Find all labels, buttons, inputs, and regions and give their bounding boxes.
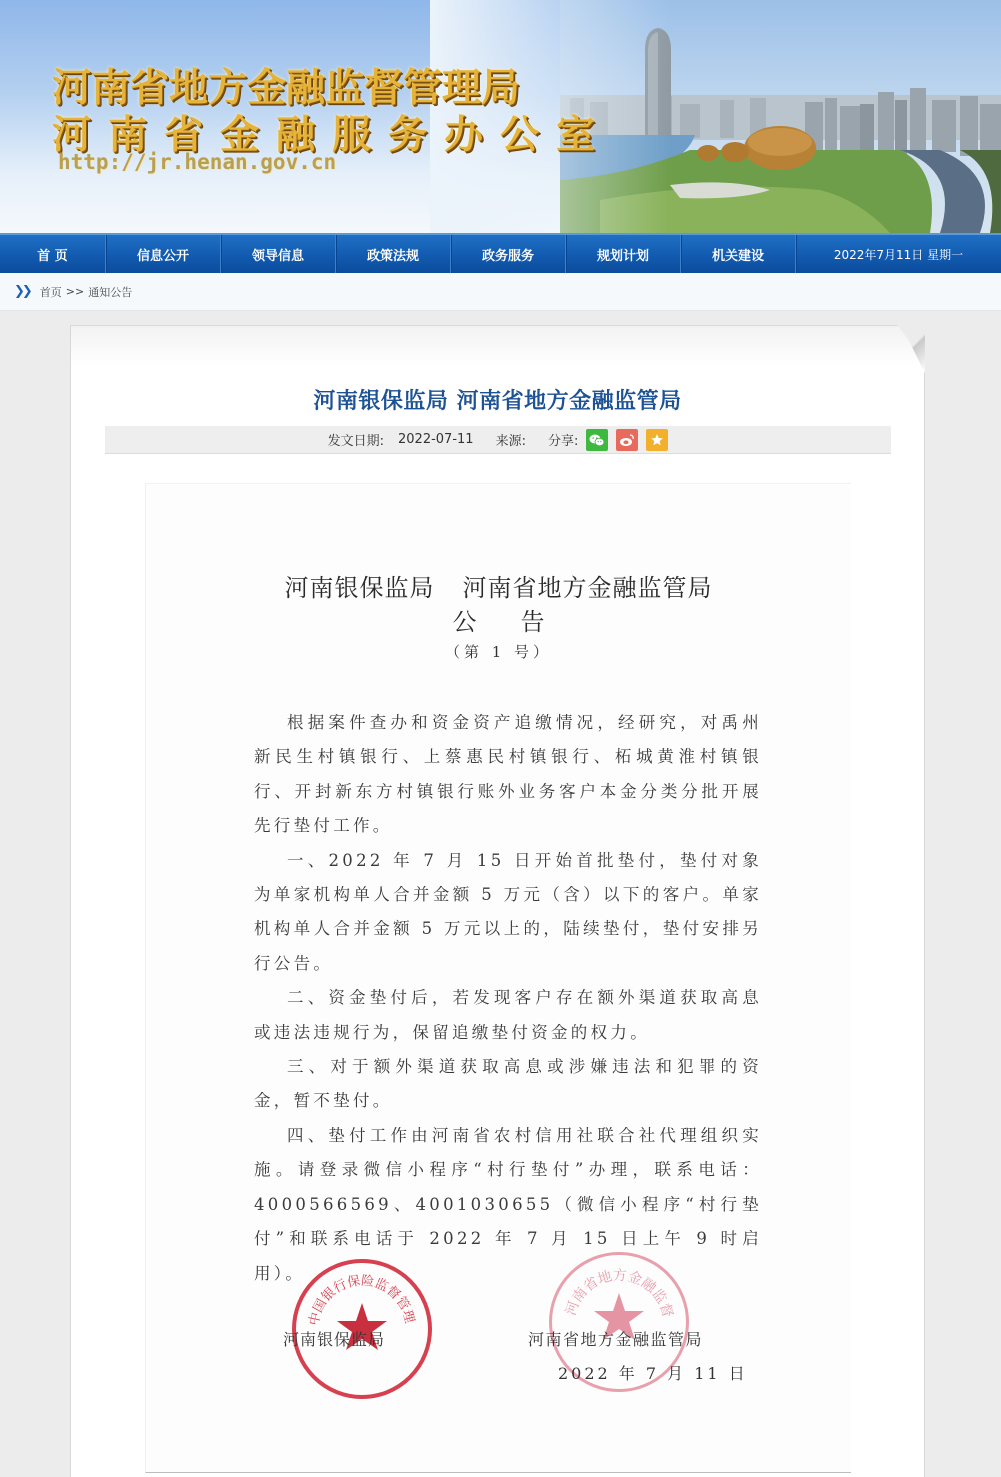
article-panel: 河南银保监局 河南省地方金融监管局 发文日期: 2022-07-11 来源: 分…: [70, 325, 925, 1477]
document-heading: 公告: [146, 602, 851, 637]
paragraph-item-2: 二、资金垫付后，若发现客户存在额外渠道获取高息或违法违规行为，保留追缴垫付资金的…: [254, 981, 762, 1050]
article-meta-bar: 发文日期: 2022-07-11 来源: 分享:: [105, 426, 891, 454]
publish-date-label: 发文日期:: [328, 430, 384, 449]
breadcrumb-current[interactable]: 通知公告: [88, 284, 132, 300]
svg-text:中国银行保险监督管理委员会河南监管局: 中国银行保险监督管理委员会河南监管局: [296, 1263, 417, 1327]
breadcrumb-home-link[interactable]: 首页: [40, 284, 62, 300]
nav-item-home[interactable]: 首 页: [0, 235, 106, 273]
favorite-share-button[interactable]: [646, 429, 668, 451]
nav-item-leadership[interactable]: 领导信息: [221, 235, 336, 273]
signature-left: 河南银保监局: [283, 1327, 385, 1350]
publish-date-value: 2022-07-11: [398, 432, 474, 447]
nav-item-policies[interactable]: 政策法规: [336, 235, 451, 273]
issuer-henan-finance-bureau: 河南省地方金融监管局: [463, 574, 713, 602]
source-label: 来源:: [496, 430, 526, 449]
nav-item-planning[interactable]: 规划计划: [566, 235, 681, 273]
wechat-share-button[interactable]: [586, 429, 608, 451]
breadcrumb-separator: >>: [66, 285, 84, 298]
share-label: 分享:: [548, 430, 578, 449]
nav-item-gov-services[interactable]: 政务服务: [451, 235, 566, 273]
main-nav: 首 页 信息公开 领导信息 政策法规 政务服务 规划计划 机关建设 2022年7…: [0, 233, 1001, 273]
scanned-notice-document: 河南银保监局河南省地方金融监管局 公告 （第 1 号） 根据案件查办和资金资产追…: [145, 483, 851, 1473]
document-number: （第 1 号）: [146, 641, 851, 662]
paragraph-item-3: 三、对于额外渠道获取高息或涉嫌违法和犯罪的资金，暂不垫付。: [254, 1050, 762, 1119]
nav-item-party-building[interactable]: 机关建设: [681, 235, 796, 273]
star-icon: [650, 433, 664, 447]
signature-date: 2022 年 7 月 11 日: [558, 1361, 748, 1384]
breadcrumb: ❯❯ 首页 >> 通知公告: [0, 273, 1001, 311]
document-issuers: 河南银保监局河南省地方金融监管局: [146, 568, 851, 603]
paragraph-item-1: 一、2022 年 7 月 15 日开始首批垫付，垫付对象为单家机构单人合并金额 …: [254, 844, 762, 982]
site-banner: 河南省地方金融监督管理局 河南省金融服务办公室 http://jr.henan.…: [0, 0, 1001, 233]
signature-right: 河南省地方金融监管局: [528, 1327, 703, 1350]
nav-item-info-disclosure[interactable]: 信息公开: [106, 235, 221, 273]
article-title: 河南银保监局 河南省地方金融监管局: [71, 384, 924, 415]
weibo-icon: [619, 433, 635, 447]
paragraph-intro: 根据案件查办和资金资产追缴情况，经研究，对禹州新民生村镇银行、上蔡惠民村镇银行、…: [254, 706, 762, 844]
weibo-share-button[interactable]: [616, 429, 638, 451]
banner-url: http://jr.henan.gov.cn: [58, 150, 336, 174]
wechat-icon: [589, 433, 605, 447]
issuer-cbirc-henan: 河南银保监局: [285, 574, 435, 602]
double-chevron-right-icon: ❯❯: [14, 284, 30, 299]
panel-shade: [71, 326, 924, 366]
current-date: 2022年7月11日 星期一: [796, 235, 1001, 273]
document-body: 根据案件查办和资金资产追缴情况，经研究，对禹州新民生村镇银行、上蔡惠民村镇银行、…: [254, 706, 762, 1291]
